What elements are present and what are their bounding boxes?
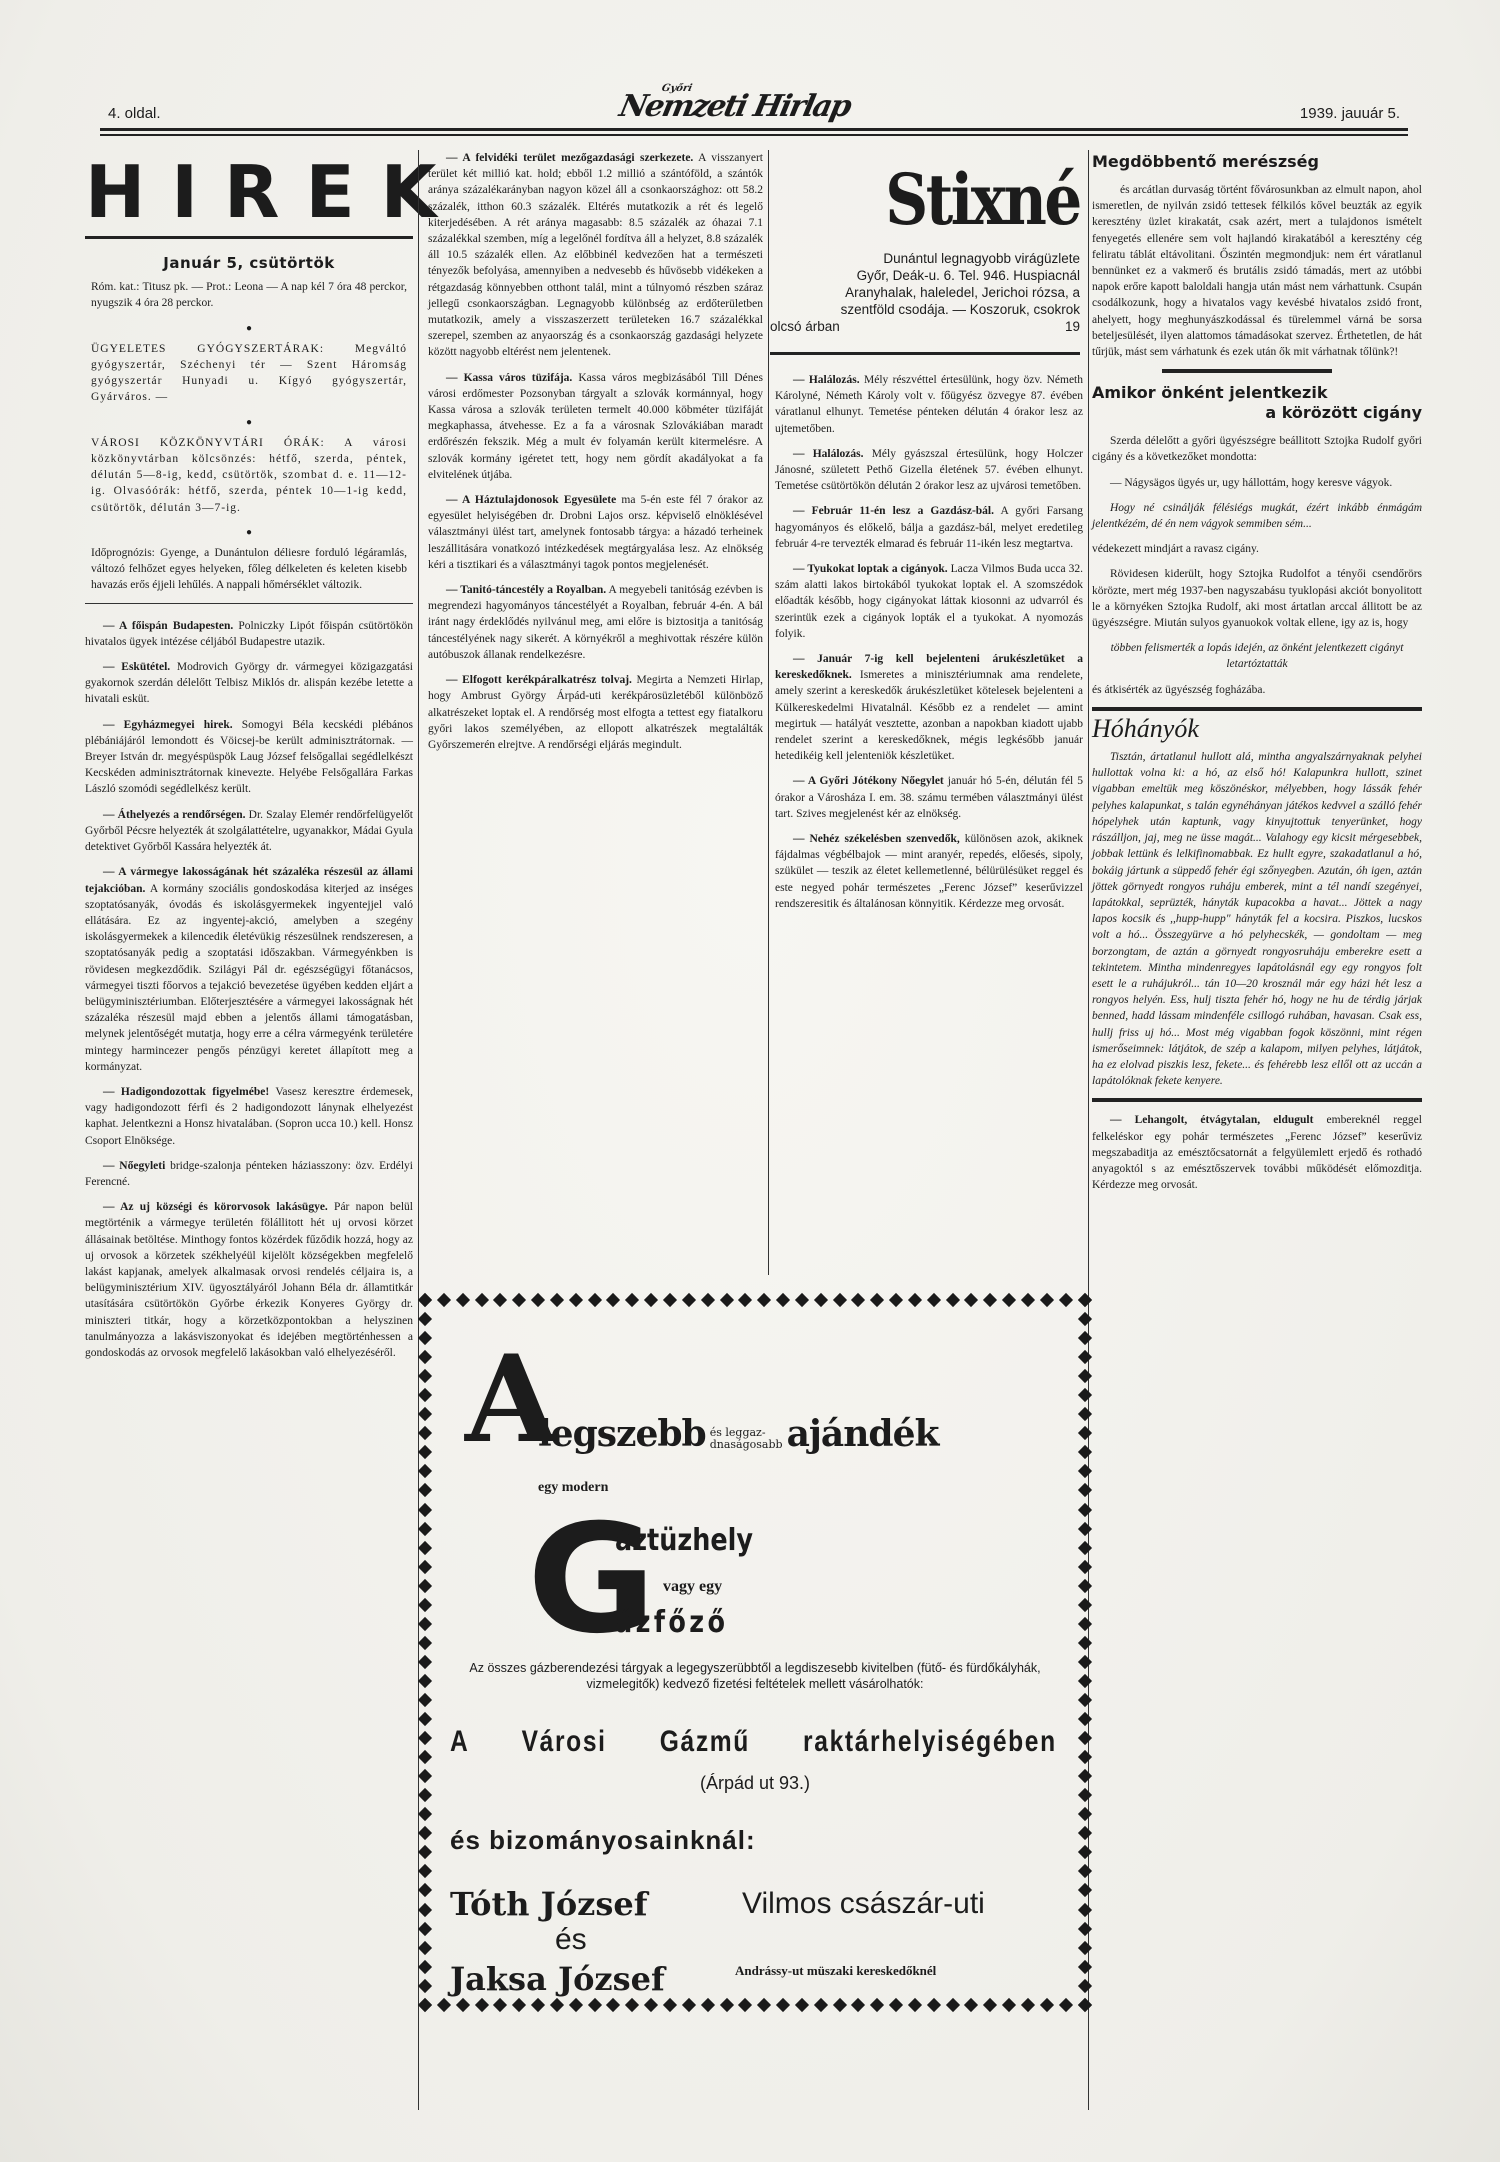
news-item: — Hadigondozottak figyelmébe! Vasesz ker… xyxy=(85,1084,413,1149)
headline-stack: és leggaz- dnaságosabb xyxy=(710,1427,783,1451)
news-item: — A Győri Jótékony Nőegylet január hó 5-… xyxy=(775,773,1083,822)
news-item: — Február 11-én lesz a Gazdász-bál. A gy… xyxy=(775,503,1083,552)
ad-brand-name: Stixné xyxy=(886,160,1080,240)
gasworks-ad: A legszebb és leggaz- dnaságosabb ajándé… xyxy=(420,1295,1090,2010)
ad-product-2: ázfőző xyxy=(615,1605,728,1640)
day-box: Január 5, csütörtök Róm. kat.: Titusz pk… xyxy=(85,255,413,594)
article-divider xyxy=(1092,1098,1422,1102)
article-paragraph: Rövidesen kiderült, hogy Sztojka Rudolfo… xyxy=(1092,566,1422,631)
news-item: — Az uj községi és körorvosok lakásügye.… xyxy=(85,1199,413,1361)
news-lead: — A felvidéki terület mezőgazdasági szer… xyxy=(446,152,693,164)
ornament-border-bottom xyxy=(420,2000,1090,2010)
pharmacies-info: ÜGYELETES GYÓGYSZERTÁRAK: Megváltó gyógy… xyxy=(91,341,407,406)
news-body: Kassa város megbizásából Till Dénes váro… xyxy=(428,372,763,481)
ornament-border-top xyxy=(420,1295,1090,1305)
ad-line: Győr, Deák-u. 6. Tel. 946. Huspiacnál xyxy=(770,267,1080,284)
ad-headline: legszebb és leggaz- dnaságosabb ajándék xyxy=(538,1413,938,1455)
ad-line: olcsó árban xyxy=(770,318,840,335)
news-item: — Kassa város tüzifája. Kassa város megb… xyxy=(428,370,763,483)
article-quote: Hogy né csinálják félésiégs mugkát, ézér… xyxy=(1092,500,1422,532)
news-lead: — Áthelyezés a rendőrségen. xyxy=(103,809,245,821)
news-item: — Elfogott kerékpáralkatrész tolvaj. Meg… xyxy=(428,672,763,753)
section-title: HIREK xyxy=(85,152,413,232)
news-lead: — Az uj községi és körorvosok lakásügye. xyxy=(103,1201,328,1213)
section-rule xyxy=(85,236,413,239)
page-number: 4. oldal. xyxy=(108,105,161,122)
ornament-border-left xyxy=(420,1295,430,2010)
news-item: — Nőegyleti bridge-szalonja pénteken ház… xyxy=(85,1158,413,1190)
divider xyxy=(85,603,413,604)
news-lead: — A Háztulajdonosok Egyesülete xyxy=(446,494,616,506)
article-paragraph: Szerda délelőtt a győri ügyészségre beál… xyxy=(1092,433,1422,465)
news-item: — A vármegye lakosságának hét százaléka … xyxy=(85,864,413,1075)
title-line: Amikor önként jelentkezik xyxy=(1092,383,1422,403)
news-body: Ismeretes a minisztériumnak ama rendelet… xyxy=(775,669,1083,762)
ad-line: szentföld csodája. — Koszoruk, csokrok xyxy=(770,301,1080,318)
news-lead: — Tyukokat loptak a cigányok. xyxy=(793,563,948,575)
calendar-info: Róm. kat.: Titusz pk. — Prot.: Leona — A… xyxy=(91,279,407,311)
article-paragraph: és átkisérték az ügyészség fogházába. xyxy=(1092,682,1422,698)
weather-info: Időprognózis: Gyenge, a Dunántulon délie… xyxy=(91,545,407,594)
news-lead: — A Győri Jótékony Nőegylet xyxy=(793,775,944,787)
ad-agent-2-location: Andrássy-ut müszaki kereskedőknél xyxy=(735,1963,985,1978)
column-4: Megdöbbentő merészség és arcátlan durvas… xyxy=(1092,152,1422,1202)
article-title: Amikor önként jelentkezik a körözött cig… xyxy=(1092,383,1422,423)
ad-location: A Városi Gázmű raktárhelyiségében xyxy=(450,1725,1057,1759)
ad-product-1: áztüzhely xyxy=(615,1523,753,1558)
article-paragraph: — Nágysägos ügyés ur, ugy hállottám, hog… xyxy=(1092,475,1422,491)
title-line: a körözött cigány xyxy=(1092,403,1422,423)
ad-body: Dunántul legnagyobb virágüzlete Győr, De… xyxy=(770,250,1080,335)
news-body: A visszanyert terület két millió kat. ho… xyxy=(428,152,763,358)
headline-word: legszebb xyxy=(538,1413,706,1455)
news-item: — Lehangolt, étvágytalan, eldugult ember… xyxy=(1092,1112,1422,1193)
library-info: VÁROSI KÖZKÖNYVTÁRI ÓRÁK: A városi közkö… xyxy=(91,435,407,516)
stixne-florist-ad: Stixné Dunántul legnagyobb virágüzlete G… xyxy=(770,150,1090,355)
newspaper-page: 4. oldal. Győri Nemzeti Hirlap 1939. jau… xyxy=(0,0,1500,2162)
article-title: Megdöbbentő merészség xyxy=(1092,152,1422,172)
news-lead: — Lehangolt, étvágytalan, eldugult xyxy=(1110,1114,1313,1126)
ad-number: 19 xyxy=(1065,318,1080,335)
news-lead: — Tanitó-táncestély a Royalban. xyxy=(446,584,606,596)
column-2: — A felvidéki terület mezőgazdasági szer… xyxy=(428,150,763,762)
ad-agent-2-name: Jaksa József xyxy=(450,1960,665,1998)
news-item: — Halálozás. Mély részvéttel értesülünk,… xyxy=(775,372,1083,437)
news-lead: — Halálozás. xyxy=(793,374,860,386)
column-divider xyxy=(768,150,769,1275)
news-body: Pár napon belül megtörténik a vármegye t… xyxy=(85,1201,413,1359)
bullet-separator: ● xyxy=(91,321,407,337)
news-lead: — Egyházmegyei hirek. xyxy=(103,719,233,731)
news-item: — Halálozás. Mély gyászszal értesülünk, … xyxy=(775,446,1083,495)
ad-address: (Árpád ut 93.) xyxy=(420,1773,1090,1794)
article-paragraph: védekezett mindjárt a ravasz cigány. xyxy=(1092,541,1422,557)
article-paragraph: Tisztán, ártatlanul hullott alá, mintha … xyxy=(1092,749,1422,1089)
article-divider xyxy=(1092,707,1422,711)
news-item: — Eskütétel. Modrovich György dr. vármeg… xyxy=(85,659,413,708)
stack-bottom: dnaságosabb xyxy=(710,1439,783,1451)
bullet-separator: ● xyxy=(91,415,407,431)
article-body: és arcátlan durvaság történt fővárosunkb… xyxy=(1092,182,1422,360)
article-divider xyxy=(1162,369,1332,373)
ad-line: Dunántul legnagyobb virágüzlete xyxy=(770,250,1080,267)
news-lead: — Elfogott kerékpáralkatrész tolvaj. xyxy=(446,674,632,686)
column-divider xyxy=(418,150,419,2110)
article-body: Tisztán, ártatlanul hullott alá, mintha … xyxy=(1092,749,1422,1089)
ad-agent-1-location: Vilmos császár-uti xyxy=(742,1887,985,1921)
news-body: A kormány szociális gondoskodása kiterje… xyxy=(85,883,413,1073)
article-italic-center: többen felismerték a lopás idején, az ön… xyxy=(1092,640,1422,672)
issue-date: 1939. jauuár 5. xyxy=(1300,105,1400,122)
news-item: — A felvidéki terület mezőgazdasági szer… xyxy=(428,150,763,361)
ad-last-line: olcsó árban 19 xyxy=(770,318,1080,335)
column-1: HIREK Január 5, csütörtök Róm. kat.: Tit… xyxy=(85,152,413,1370)
ad-description: Az összes gázberendezési tárgyak a legeg… xyxy=(460,1660,1050,1692)
news-item: — Tyukokat loptak a cigányok. Lacza Vilm… xyxy=(775,561,1083,642)
paper-title: Nemzeti Hirlap xyxy=(616,89,853,124)
bullet-separator: ● xyxy=(91,525,407,541)
day-heading: Január 5, csütörtök xyxy=(91,255,407,271)
news-item: — Egyházmegyei hirek. Somogyi Béla kecsk… xyxy=(85,717,413,798)
news-lead: — Február 11-én lesz a Gazdász-bál. xyxy=(793,505,994,517)
news-item: — Áthelyezés a rendőrségen. Dr. Szalay E… xyxy=(85,807,413,856)
ad-agents-intro: és bizományosainknál: xyxy=(450,1825,756,1856)
paper-logo: Győri Nemzeti Hirlap xyxy=(616,89,853,124)
ad-agent-1-name: Tóth József xyxy=(450,1885,647,1923)
news-lead: — A főispán Budapesten. xyxy=(103,620,233,632)
news-item: — Január 7-ig kell bejelenteni árukészle… xyxy=(775,651,1083,764)
news-item: — Tanitó-táncestély a Royalban. A megyeb… xyxy=(428,582,763,663)
news-lead: — Hadigondozottak figyelmébe! xyxy=(103,1086,269,1098)
ad-and: és xyxy=(555,1923,587,1957)
column-3: — Halálozás. Mély részvéttel értesülünk,… xyxy=(775,372,1083,921)
news-lead: — Nehéz székelésben szenvedők, xyxy=(793,833,960,845)
paper-prefix: Győri xyxy=(661,83,693,94)
news-item: — Nehéz székelésben szenvedők, különösen… xyxy=(775,831,1083,912)
news-lead: — Halálozás. xyxy=(793,448,864,460)
headline-word: ajándék xyxy=(787,1413,939,1455)
news-lead: — Kassa város tüzifája. xyxy=(446,372,572,384)
news-lead: — Eskütétel. xyxy=(103,661,170,673)
masthead-rule xyxy=(100,128,1408,136)
ad-line: Aranyhalak, haleledel, Jerichoi rózsa, a xyxy=(770,284,1080,301)
ad-or: vagy egy xyxy=(663,1578,722,1596)
article-title: Hóhányók xyxy=(1092,721,1422,737)
news-lead: — Nőegyleti xyxy=(103,1160,165,1172)
news-item: — A főispán Budapesten. Polniczky Lipót … xyxy=(85,618,413,650)
ad-rule xyxy=(770,352,1080,355)
news-item: — A Háztulajdonosok Egyesülete ma 5-én e… xyxy=(428,492,763,573)
ornament-border-right xyxy=(1080,1295,1090,2010)
